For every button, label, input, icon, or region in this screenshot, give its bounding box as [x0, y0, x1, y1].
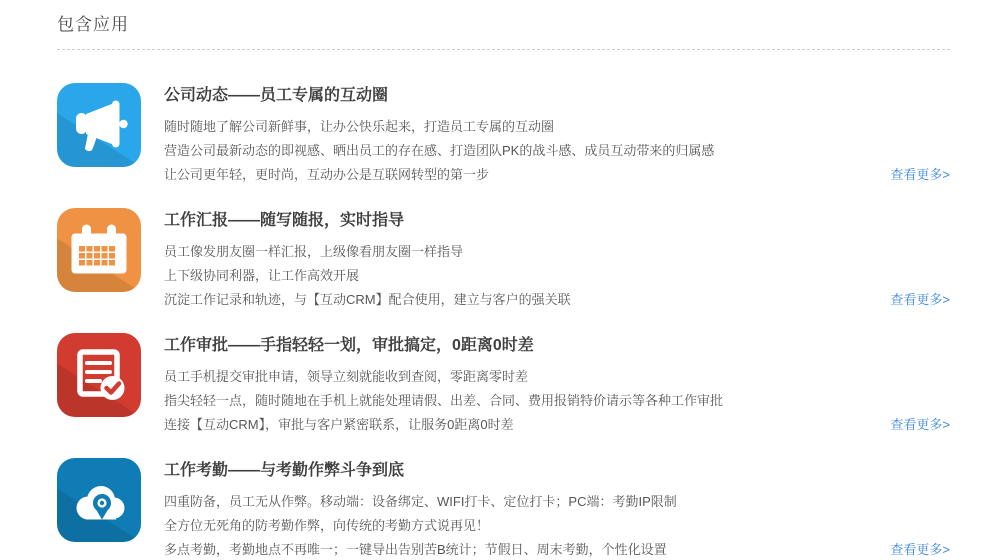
dashed-divider — [57, 49, 950, 50]
app-description: 公司动态——员工专属的互动圈 随时随地了解公司新鲜事，让办公快乐起来，打造员工专… — [164, 83, 878, 187]
app-list: 公司动态——员工专属的互动圈 随时随地了解公司新鲜事，让办公快乐起来，打造员工专… — [57, 83, 950, 560]
page-title: 包含应用 — [57, 10, 950, 35]
doc-check-icon-tile — [57, 333, 141, 417]
view-more-link[interactable]: 查看更多> — [890, 164, 950, 183]
calendar-icon-tile — [57, 208, 141, 292]
app-title: 工作考勤——与考勤作弊斗争到底 — [164, 460, 878, 482]
app-section: 工作考勤——与考勤作弊斗争到底 四重防备，员工无从作弊。移动端：设备绑定、WIF… — [57, 458, 950, 560]
megaphone-icon — [57, 83, 141, 167]
app-desc-line: 让公司更年轻，更时尚，互动办公是互联网转型的第一步 — [164, 163, 878, 187]
cloud-pin-icon-tile — [57, 458, 141, 542]
view-more-link[interactable]: 查看更多> — [890, 414, 950, 433]
app-section: 公司动态——员工专属的互动圈 随时随地了解公司新鲜事，让办公快乐起来，打造员工专… — [57, 83, 950, 187]
app-title: 工作审批——手指轻轻一划，审批搞定，0距离0时差 — [164, 335, 878, 357]
app-desc-line: 营造公司最新动态的即视感、晒出员工的存在感、打造团队PK的战斗感、成员互动带来的… — [164, 139, 878, 163]
doc-check-icon — [57, 333, 141, 417]
app-section: 工作审批——手指轻轻一划，审批搞定，0距离0时差 员工手机提交审批申请，领导立刻… — [57, 333, 950, 437]
app-desc-line: 指尖轻轻一点，随时随地在手机上就能处理请假、出差、合同、费用报销特价请示等各种工… — [164, 389, 878, 413]
app-title: 工作汇报——随写随报，实时指导 — [164, 210, 878, 232]
view-more-link[interactable]: 查看更多> — [890, 539, 950, 558]
app-description: 工作审批——手指轻轻一划，审批搞定，0距离0时差 员工手机提交审批申请，领导立刻… — [164, 333, 878, 437]
app-desc-line: 连接【互动CRM】，审批与客户紧密联系，让服务0距离0时差 — [164, 413, 878, 437]
app-desc-line: 沉淀工作记录和轨迹，与【互动CRM】配合使用，建立与客户的强关联 — [164, 288, 878, 312]
app-description: 工作考勤——与考勤作弊斗争到底 四重防备，员工无从作弊。移动端：设备绑定、WIF… — [164, 458, 878, 560]
app-desc-line: 全方位无死角的防考勤作弊，向传统的考勤方式说再见！ — [164, 514, 878, 538]
megaphone-icon-tile — [57, 83, 141, 167]
app-desc-line: 四重防备，员工无从作弊。移动端：设备绑定、WIFI打卡、定位打卡；PC端：考勤I… — [164, 490, 878, 514]
cloud-pin-icon — [57, 458, 141, 542]
app-desc-line: 员工像发朋友圈一样汇报，上级像看朋友圈一样指导 — [164, 240, 878, 264]
included-apps-page: 包含应用 公司动态——员工专属的互动圈 随时随地了解公司新鲜事，让办公快乐起来，… — [0, 0, 1008, 560]
app-desc-line: 多点考勤，考勤地点不再唯一；一键导出告别苦B统计；节假日、周末考勤，个性化设置 — [164, 538, 878, 560]
app-desc-line: 随时随地了解公司新鲜事，让办公快乐起来，打造员工专属的互动圈 — [164, 115, 878, 139]
app-desc-line: 员工手机提交审批申请，领导立刻就能收到查阅，零距离零时差 — [164, 365, 878, 389]
app-section: 工作汇报——随写随报，实时指导 员工像发朋友圈一样汇报，上级像看朋友圈一样指导上… — [57, 208, 950, 312]
app-desc-line: 上下级协同利器，让工作高效开展 — [164, 264, 878, 288]
app-description: 工作汇报——随写随报，实时指导 员工像发朋友圈一样汇报，上级像看朋友圈一样指导上… — [164, 208, 878, 312]
app-title: 公司动态——员工专属的互动圈 — [164, 85, 878, 107]
view-more-link[interactable]: 查看更多> — [890, 289, 950, 308]
calendar-icon — [57, 208, 141, 292]
